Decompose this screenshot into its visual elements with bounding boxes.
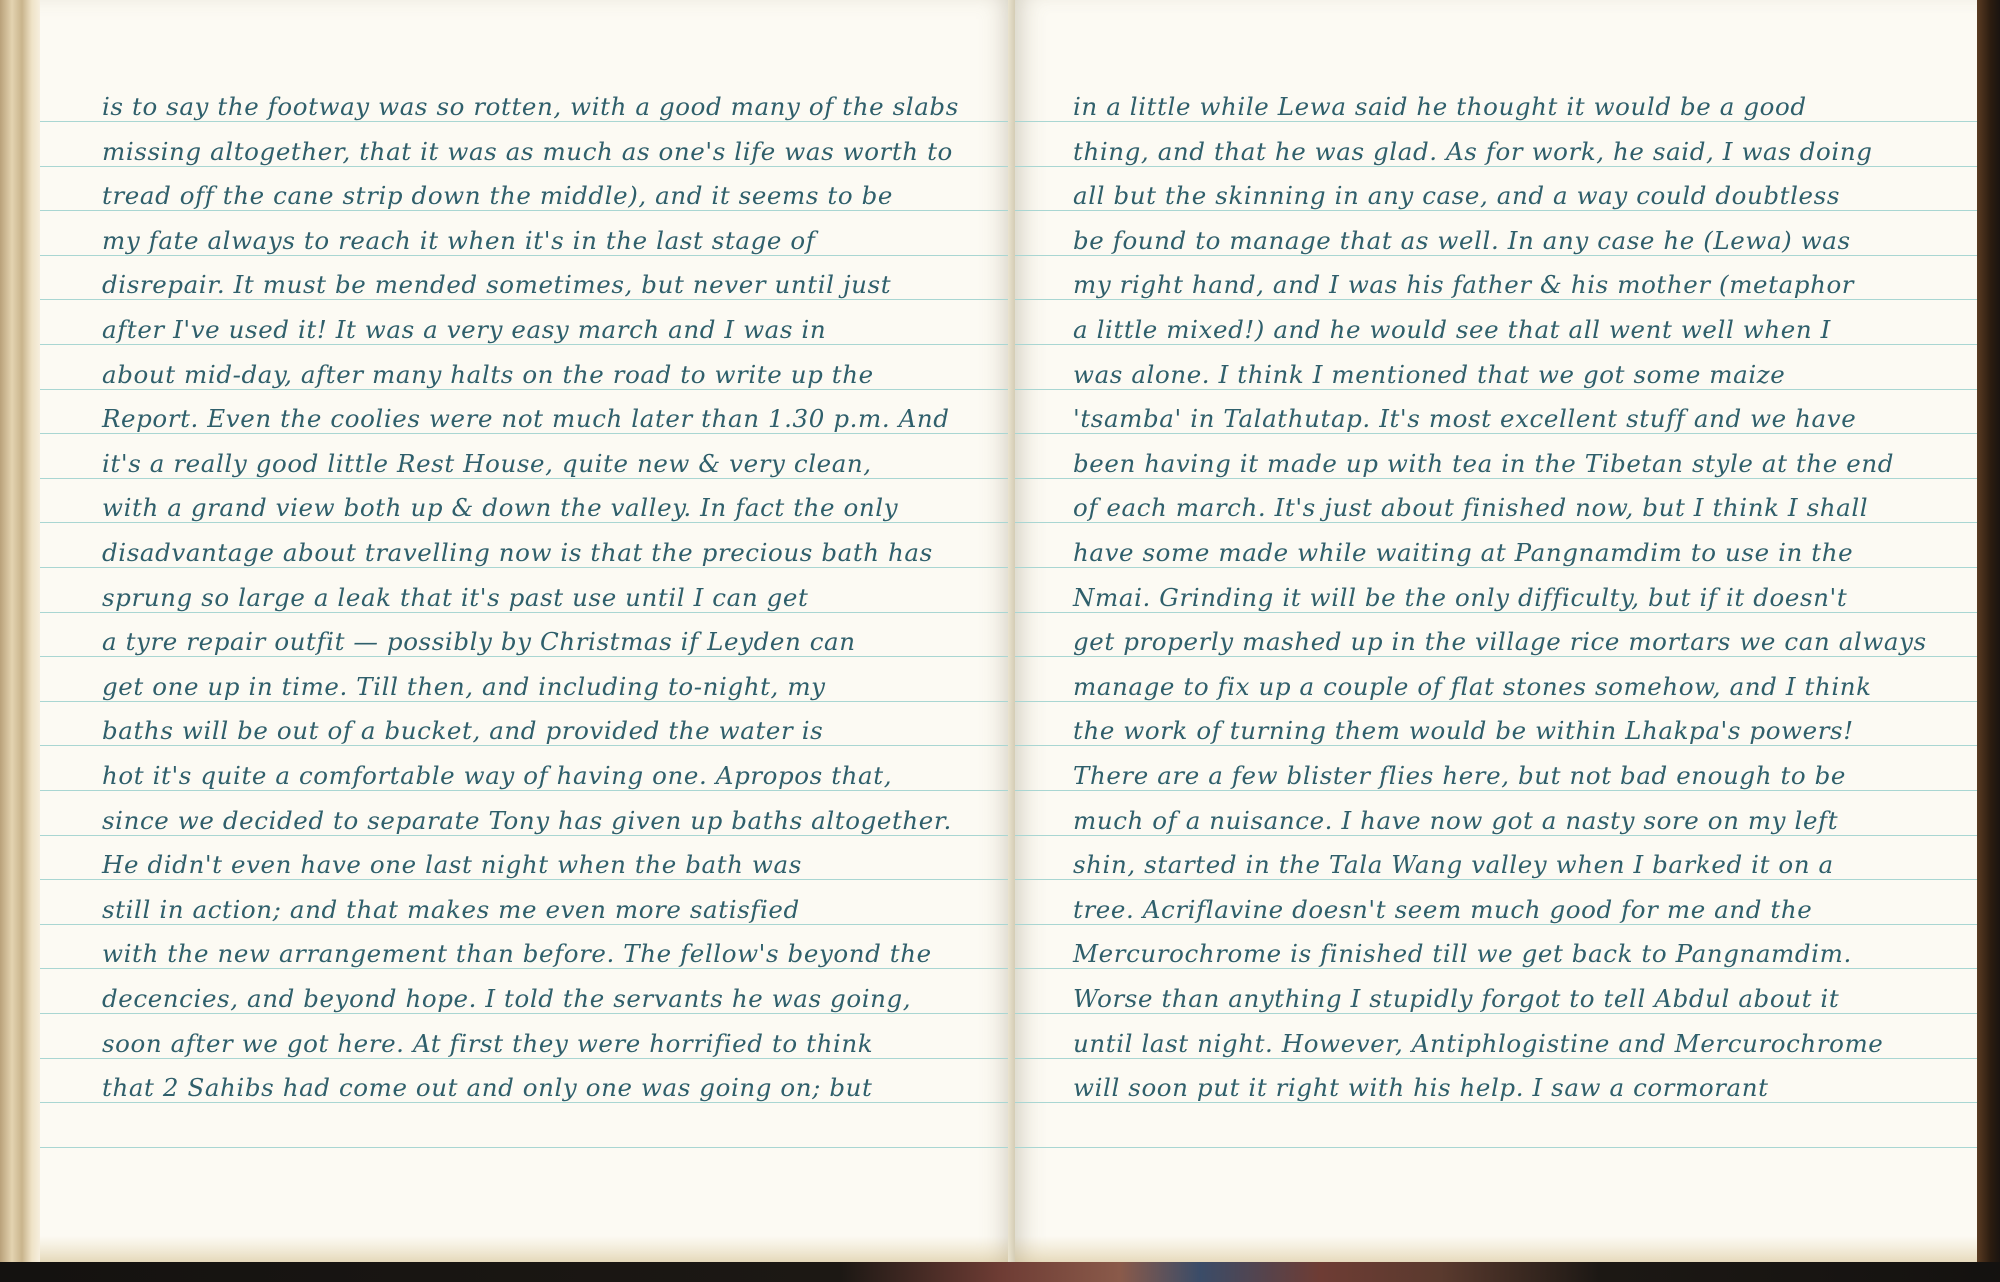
text-line: Mercurochrome is finished till we get ba… [1073, 939, 1852, 969]
text-line: baths will be out of a bucket, and provi… [102, 716, 823, 746]
text-line: a little mixed!) and he would see that a… [1073, 315, 1831, 345]
text-line: after I've used it! It was a very easy m… [102, 315, 826, 345]
text-line: still in action; and that makes me even … [102, 895, 800, 925]
text-line: There are a few blister flies here, but … [1073, 761, 1846, 791]
book-cover-edge [1977, 0, 2000, 1262]
text-line: 'tsamba' in Talathutap. It's most excell… [1073, 404, 1856, 434]
text-line: was alone. I think I mentioned that we g… [1073, 360, 1785, 390]
text-line: my fate always to reach it when it's in … [102, 226, 815, 256]
text-line: a tyre repair outfit — possibly by Chris… [102, 627, 856, 657]
text-line: get one up in time. Till then, and inclu… [102, 672, 826, 702]
text-line: decencies, and beyond hope. I told the s… [102, 984, 911, 1014]
ruled-line [1015, 1147, 1977, 1148]
text-line: Nmai. Grinding it will be the only diffi… [1073, 583, 1847, 613]
text-line: is to say the footway was so rotten, wit… [102, 92, 959, 122]
text-line: the work of turning them would be within… [1073, 716, 1854, 746]
text-line: with the new arrangement than before. Th… [102, 939, 932, 969]
page-stain [1015, 1236, 1977, 1262]
text-line: been having it made up with tea in the T… [1073, 449, 1894, 479]
text-line: tread off the cane strip down the middle… [102, 181, 893, 211]
text-line: Report. Even the coolies were not much l… [102, 404, 950, 434]
text-line: since we decided to separate Tony has gi… [102, 806, 952, 836]
text-line: He didn't even have one last night when … [102, 850, 802, 880]
text-line: shin, started in the Tala Wang valley wh… [1073, 850, 1834, 880]
text-line: in a little while Lewa said he thought i… [1073, 92, 1807, 122]
ruled-line [40, 1147, 1015, 1148]
text-line: sprung so large a leak that it's past us… [102, 583, 808, 613]
text-line: that 2 Sahibs had come out and only one … [102, 1073, 873, 1103]
text-line: be found to manage that as well. In any … [1073, 226, 1851, 256]
text-line: hot it's quite a comfortable way of havi… [102, 761, 892, 791]
text-line: soon after we got here. At first they we… [102, 1029, 873, 1059]
text-line: disrepair. It must be mended sometimes, … [102, 270, 891, 300]
text-line: my right hand, and I was his father & hi… [1073, 270, 1854, 300]
left-page: is to say the footway was so rotten, wit… [40, 0, 1015, 1262]
text-line: with a grand view both up & down the val… [102, 493, 898, 523]
text-line: will soon put it right with his help. I … [1073, 1073, 1769, 1103]
text-line: until last night. However, Antiphlogisti… [1073, 1029, 1883, 1059]
text-line: have some made while waiting at Pangnamd… [1073, 538, 1853, 568]
text-line: get properly mashed up in the village ri… [1073, 627, 1927, 657]
text-line: manage to fix up a couple of flat stones… [1073, 672, 1872, 702]
text-line: of each march. It's just about finished … [1073, 493, 1868, 523]
text-line: all but the skinning in any case, and a … [1073, 181, 1840, 211]
text-line: much of a nuisance. I have now got a nas… [1073, 806, 1838, 836]
notebook-spread: is to say the footway was so rotten, wit… [0, 0, 2000, 1262]
text-line: missing altogether, that it was as much … [102, 137, 953, 167]
book-cover-marbled-edge [0, 1262, 2000, 1282]
text-line: Worse than anything I stupidly forgot to… [1073, 984, 1839, 1014]
right-page: in a little while Lewa said he thought i… [1015, 0, 1980, 1262]
text-line: about mid-day, after many halts on the r… [102, 360, 874, 390]
text-line: it's a really good little Rest House, qu… [102, 449, 872, 479]
text-line: disadvantage about travelling now is tha… [102, 538, 933, 568]
page-edges-left [0, 0, 40, 1262]
text-line: thing, and that he was glad. As for work… [1073, 137, 1873, 167]
page-stain [40, 1236, 1015, 1262]
text-line: tree. Acriflavine doesn't seem much good… [1073, 895, 1812, 925]
